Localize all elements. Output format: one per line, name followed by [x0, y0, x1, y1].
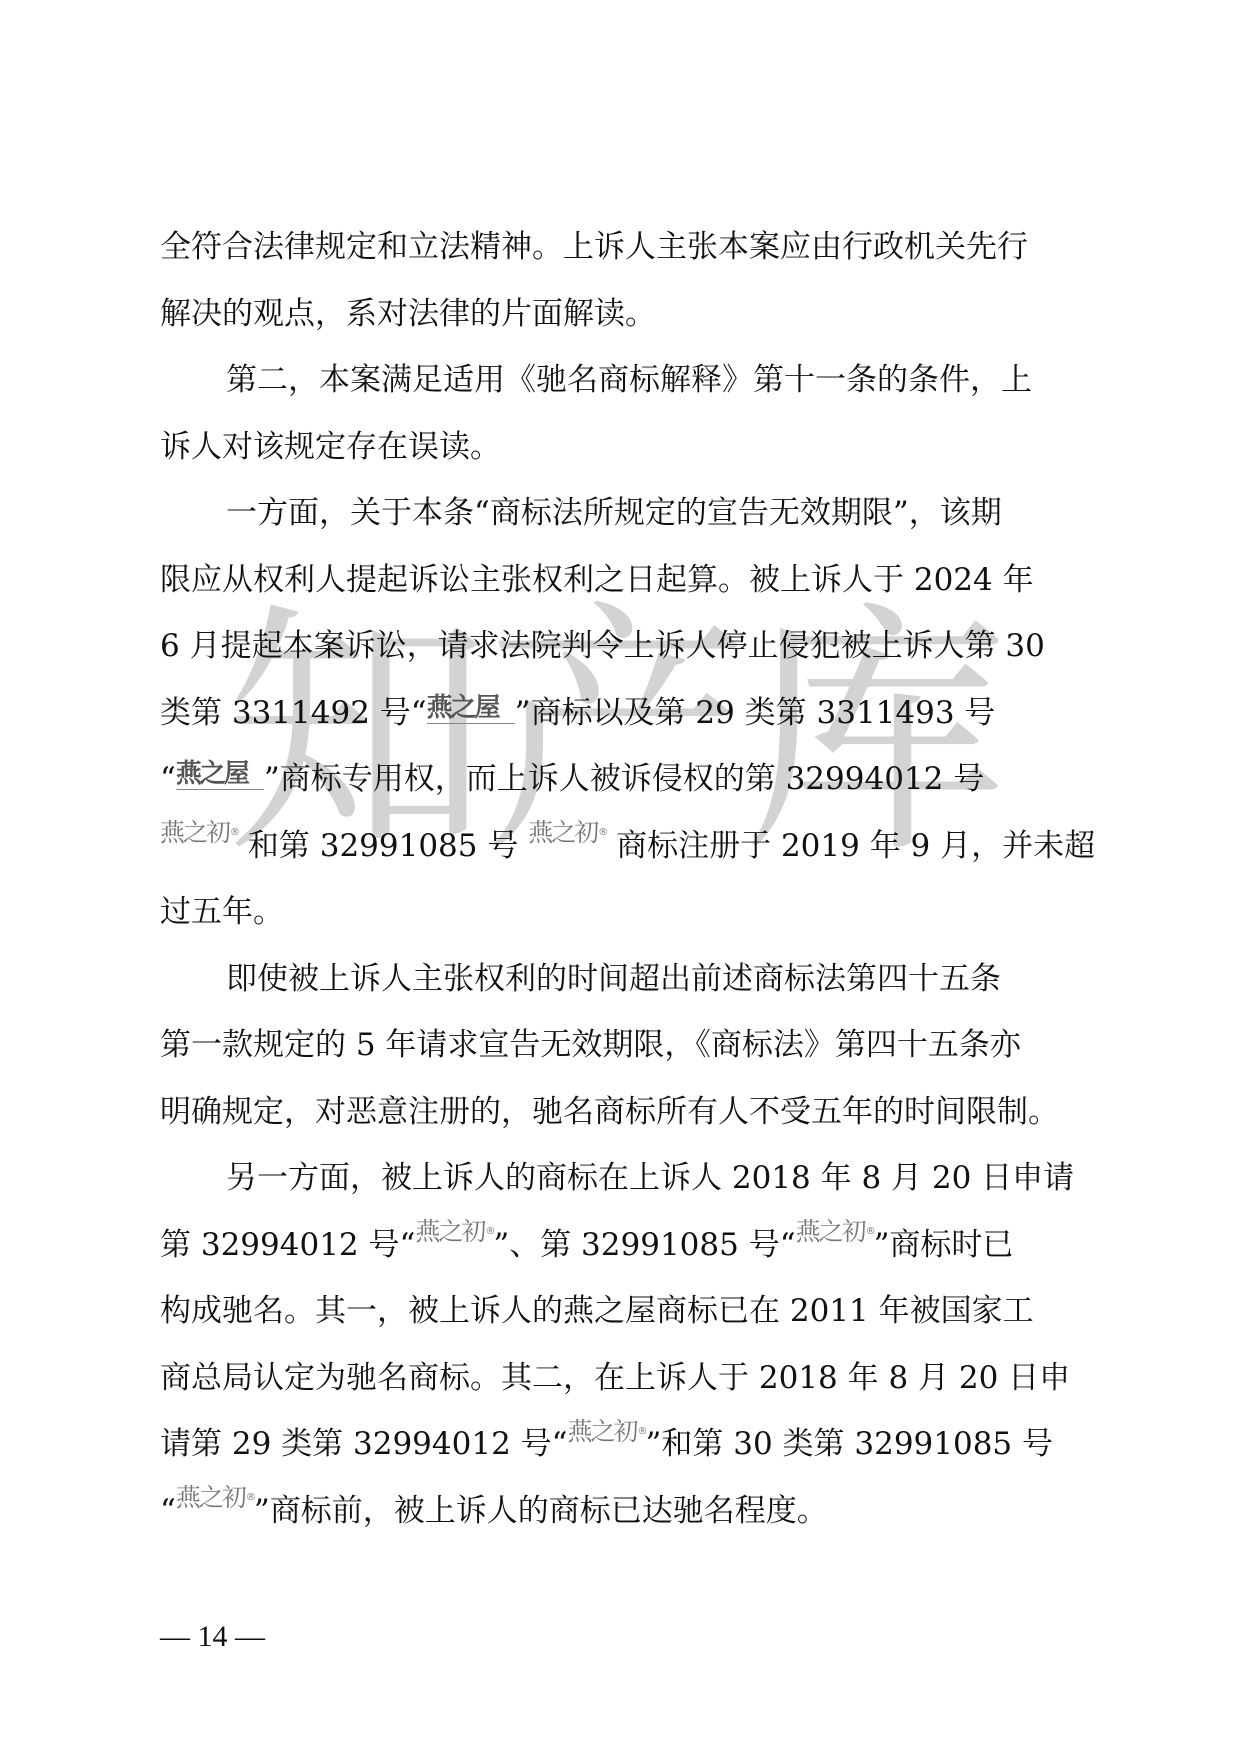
paragraph-start: 一方面，关于本条“商标法所规定的宣告无效期限”，该期: [160, 480, 1080, 547]
document-page: 知产库 全符合法律规定和立法精神。上诉人主张本案应由行政机关先行 解决的观点，系…: [0, 0, 1240, 1753]
text-line: “燕之初®”商标前，被上诉人的商标已达驰名程度。: [160, 1478, 1080, 1545]
text-line: 诉人对该规定存在误读。: [160, 414, 1080, 481]
paragraph-start: 另一方面，被上诉人的商标在上诉人 2018 年 8 月 20 日申请: [160, 1145, 1080, 1212]
trademark-logo-yanzhichu: 燕之初®: [568, 1417, 646, 1447]
text-segment: “: [160, 1493, 176, 1529]
text-line: 请第 29 类第 32994012 号“燕之初®”和第 30 类第 329910…: [160, 1411, 1080, 1478]
trademark-logo-yanzhichu: 燕之初®: [415, 1217, 493, 1247]
text-line: 第一款规定的 5 年请求宣告无效期限，《商标法》第四十五条亦: [160, 1012, 1080, 1079]
text-line: 商总局认定为驰名商标。其二，在上诉人于 2018 年 8 月 20 日申: [160, 1345, 1080, 1412]
registered-mark-icon: ®: [246, 1492, 254, 1503]
trademark-logo-yanzhichu: 燕之初®: [796, 1217, 874, 1247]
text-line: “燕之屋”商标专用权，而上诉人被诉侵权的第 32994012 号: [160, 746, 1080, 813]
registered-mark-icon: ®: [866, 1226, 874, 1237]
text-line: 过五年。: [160, 879, 1080, 946]
text-segment: ”商标前，被上诉人的商标已达驰名程度。: [254, 1493, 828, 1529]
text-line: 解决的观点，系对法律的片面解读。: [160, 281, 1080, 348]
trademark-logo-yanzhichu: 燕之初®: [528, 818, 606, 848]
text-segment: ”商标以及第 29 类第 3311493 号: [515, 695, 996, 731]
text-line: 全符合法律规定和立法精神。上诉人主张本案应由行政机关先行: [160, 214, 1080, 281]
text-line: 6 月提起本案诉讼，请求法院判令上诉人停止侵犯被上诉人第 30: [160, 613, 1080, 680]
text-segment: ”商标专用权，而上诉人被诉侵权的第 32994012 号: [264, 761, 984, 797]
text-line: 限应从权利人提起诉讼主张权利之日起算。被上诉人于 2024 年: [160, 547, 1080, 614]
registered-mark-icon: ®: [485, 1226, 493, 1237]
text-line: 第 32994012 号“燕之初®”、第 32991085 号“燕之初®”商标时…: [160, 1212, 1080, 1279]
text-line: 燕之初® 和第 32991085 号 燕之初® 商标注册于 2019 年 9 月…: [160, 813, 1080, 880]
paragraph-start: 即使被上诉人主张权利的时间超出前述商标法第四十五条: [160, 946, 1080, 1013]
text-segment: 请第 29 类第 32994012 号“: [160, 1426, 568, 1462]
trademark-logo-yanzhichu: 燕之初®: [160, 818, 238, 848]
text-line: 构成驰名。其一，被上诉人的燕之屋商标已在 2011 年被国家工: [160, 1278, 1080, 1345]
trademark-logo-yanzhiwu: 燕之屋: [176, 759, 264, 790]
text-segment: “: [160, 761, 176, 797]
text-segment: ”、第 32991085 号“: [493, 1227, 795, 1263]
body-text: 全符合法律规定和立法精神。上诉人主张本案应由行政机关先行 解决的观点，系对法律的…: [160, 214, 1080, 1544]
text-segment: ”和第 30 类第 32991085 号: [646, 1426, 1054, 1462]
text-line: 类第 3311492 号“燕之屋”商标以及第 29 类第 3311493 号: [160, 680, 1080, 747]
paragraph-start: 第二，本案满足适用《驰名商标解释》第十一条的条件，上: [160, 347, 1080, 414]
registered-mark-icon: ®: [230, 827, 238, 838]
page-number: — 14 —: [160, 1620, 265, 1654]
text-segment: 商标注册于 2019 年 9 月，并未超: [606, 828, 1095, 864]
registered-mark-icon: ®: [638, 1426, 646, 1437]
text-segment: 和第 32991085 号: [238, 828, 528, 864]
trademark-logo-yanzhiwu: 燕之屋: [427, 693, 515, 724]
registered-mark-icon: ®: [598, 827, 606, 838]
text-segment: 类第 3311492 号“: [160, 695, 427, 731]
trademark-logo-yanzhichu: 燕之初®: [176, 1483, 254, 1513]
text-segment: 第 32994012 号“: [160, 1227, 415, 1263]
text-line: 明确规定，对恶意注册的，驰名商标所有人不受五年的时间限制。: [160, 1079, 1080, 1146]
text-segment: ”商标时已: [874, 1227, 1014, 1263]
